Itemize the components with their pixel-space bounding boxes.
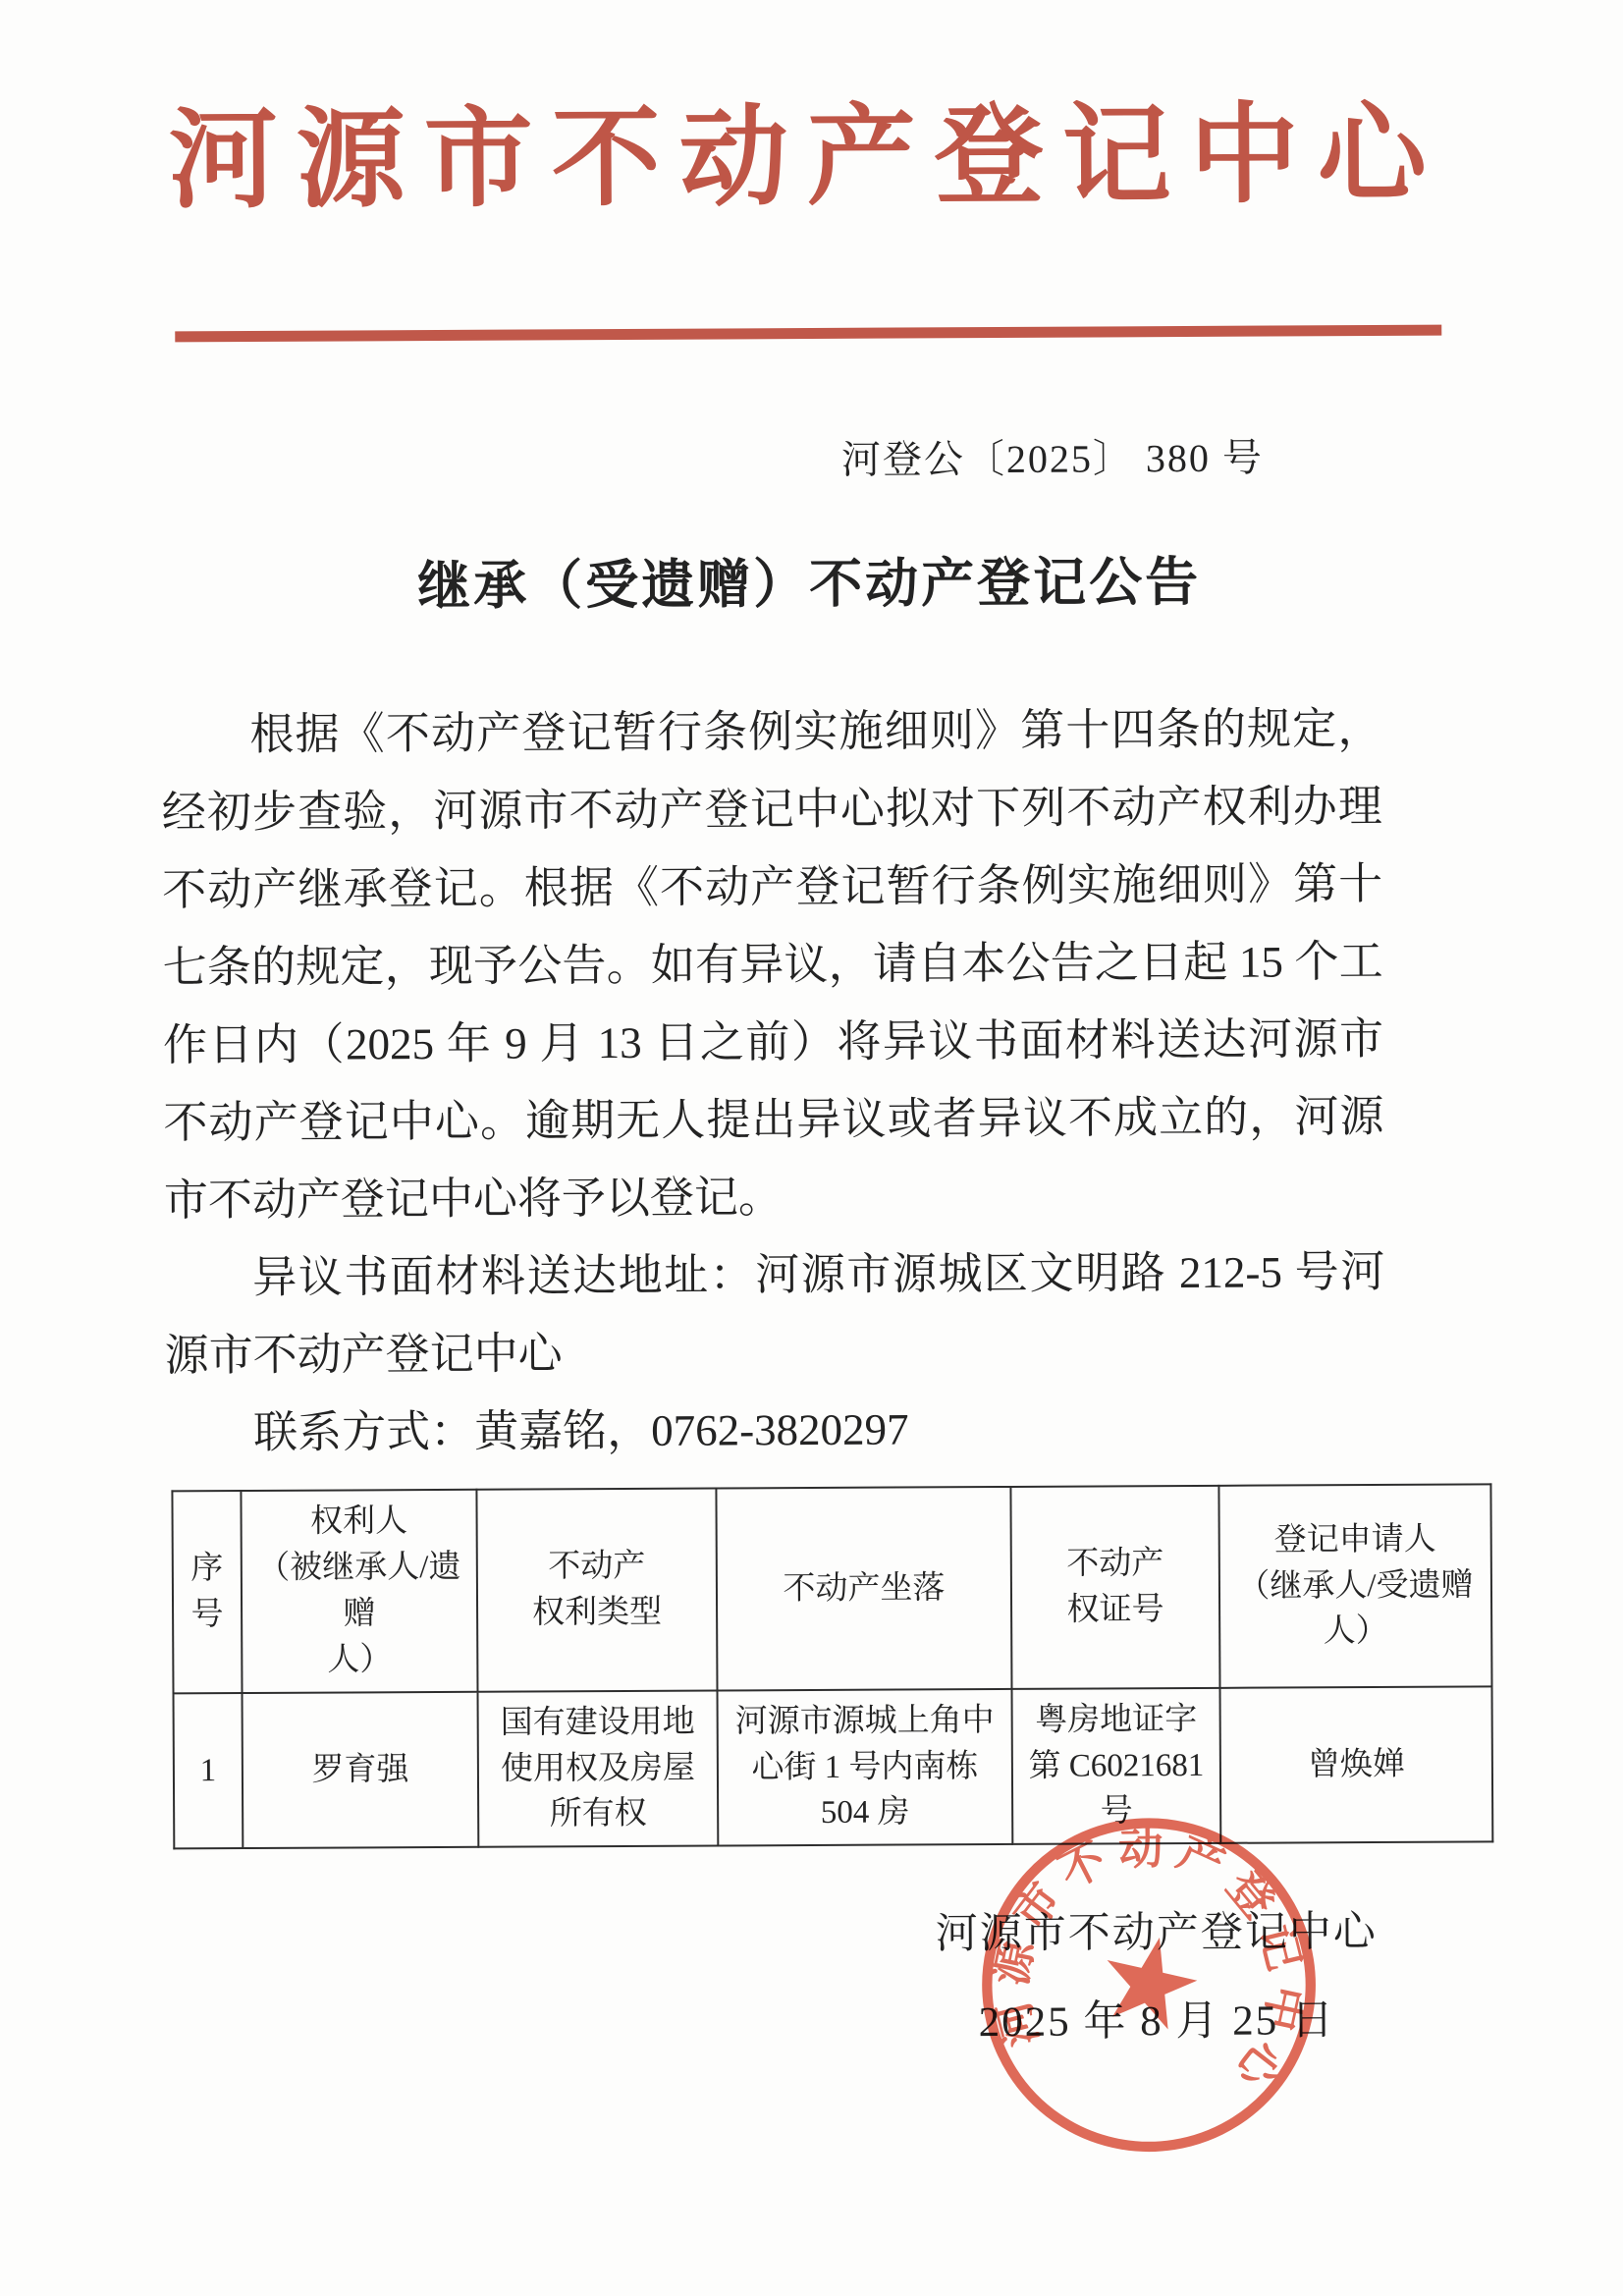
cell-index: 1: [174, 1693, 243, 1849]
paragraph-regulation: 根据《不动产登记暂行条例实施细则》第十四条的规定，经初步查验，河源市不动产登记中…: [161, 690, 1384, 1240]
body-text: 根据《不动产登记暂行条例实施细则》第十四条的规定，经初步查验，河源市不动产登记中…: [161, 690, 1385, 1472]
cell-certificate-no: 粤房地证字 第 C6021681 号: [1011, 1688, 1220, 1845]
table-header-row: 序 号 权利人 （被继承人/遗赠 人） 不动产 权利类型 不动产坐落 不动产 权…: [172, 1485, 1491, 1693]
doc-number: 河登公〔2025〕 380 号: [0, 425, 1620, 490]
letterhead-org-name: 河源市不动产登记中心: [0, 89, 1619, 229]
cell-location: 河源市源城上角中 心街 1 号内南栋 504 房: [718, 1689, 1013, 1846]
signature-date: 2025 年 8 月 25 日: [936, 1977, 1378, 2067]
document-page: 河源市不动产登记中心 河登公〔2025〕 380 号 继承（受遗赠）不动产登记公…: [0, 0, 1623, 2296]
col-header-applicant: 登记申请人 （继承人/受遗赠人）: [1218, 1485, 1491, 1688]
paragraph-delivery-address: 异议书面材料送达地址：河源市源城区文明路 212-5 号河源市不动产登记中心: [164, 1233, 1385, 1395]
paragraph-contact: 联系方式：黄嘉铭，0762-3820297: [165, 1389, 1385, 1473]
col-header-right-holder: 权利人 （被继承人/遗赠 人）: [241, 1490, 477, 1693]
doc-title: 继承（受遗赠）不动产登记公告: [0, 550, 1621, 620]
cell-applicant: 曾焕婵: [1219, 1686, 1492, 1843]
col-header-certificate-no: 不动产 权证号: [1010, 1486, 1219, 1689]
col-header-right-type: 不动产 权利类型: [476, 1489, 717, 1692]
cell-right-type: 国有建设用地 使用权及房屋 所有权: [478, 1690, 719, 1847]
col-header-index: 序 号: [172, 1491, 242, 1693]
signature-block: 河源市不动产登记中心 2025 年 8 月 25 日: [936, 1888, 1379, 2067]
letterhead: 河源市不动产登记中心: [0, 89, 1619, 344]
letterhead-rule: [175, 325, 1441, 343]
cell-right-holder: 罗育强: [243, 1692, 479, 1849]
registration-table: 序 号 权利人 （被继承人/遗赠 人） 不动产 权利类型 不动产坐落 不动产 权…: [171, 1484, 1493, 1850]
signature-org: 河源市不动产登记中心: [936, 1888, 1378, 1979]
table-row: 1 罗育强 国有建设用地 使用权及房屋 所有权 河源市源城上角中 心街 1 号内…: [174, 1686, 1493, 1849]
scanned-sheet: 河源市不动产登记中心 河登公〔2025〕 380 号 继承（受遗赠）不动产登记公…: [0, 0, 1623, 2296]
col-header-location: 不动产坐落: [716, 1487, 1011, 1690]
